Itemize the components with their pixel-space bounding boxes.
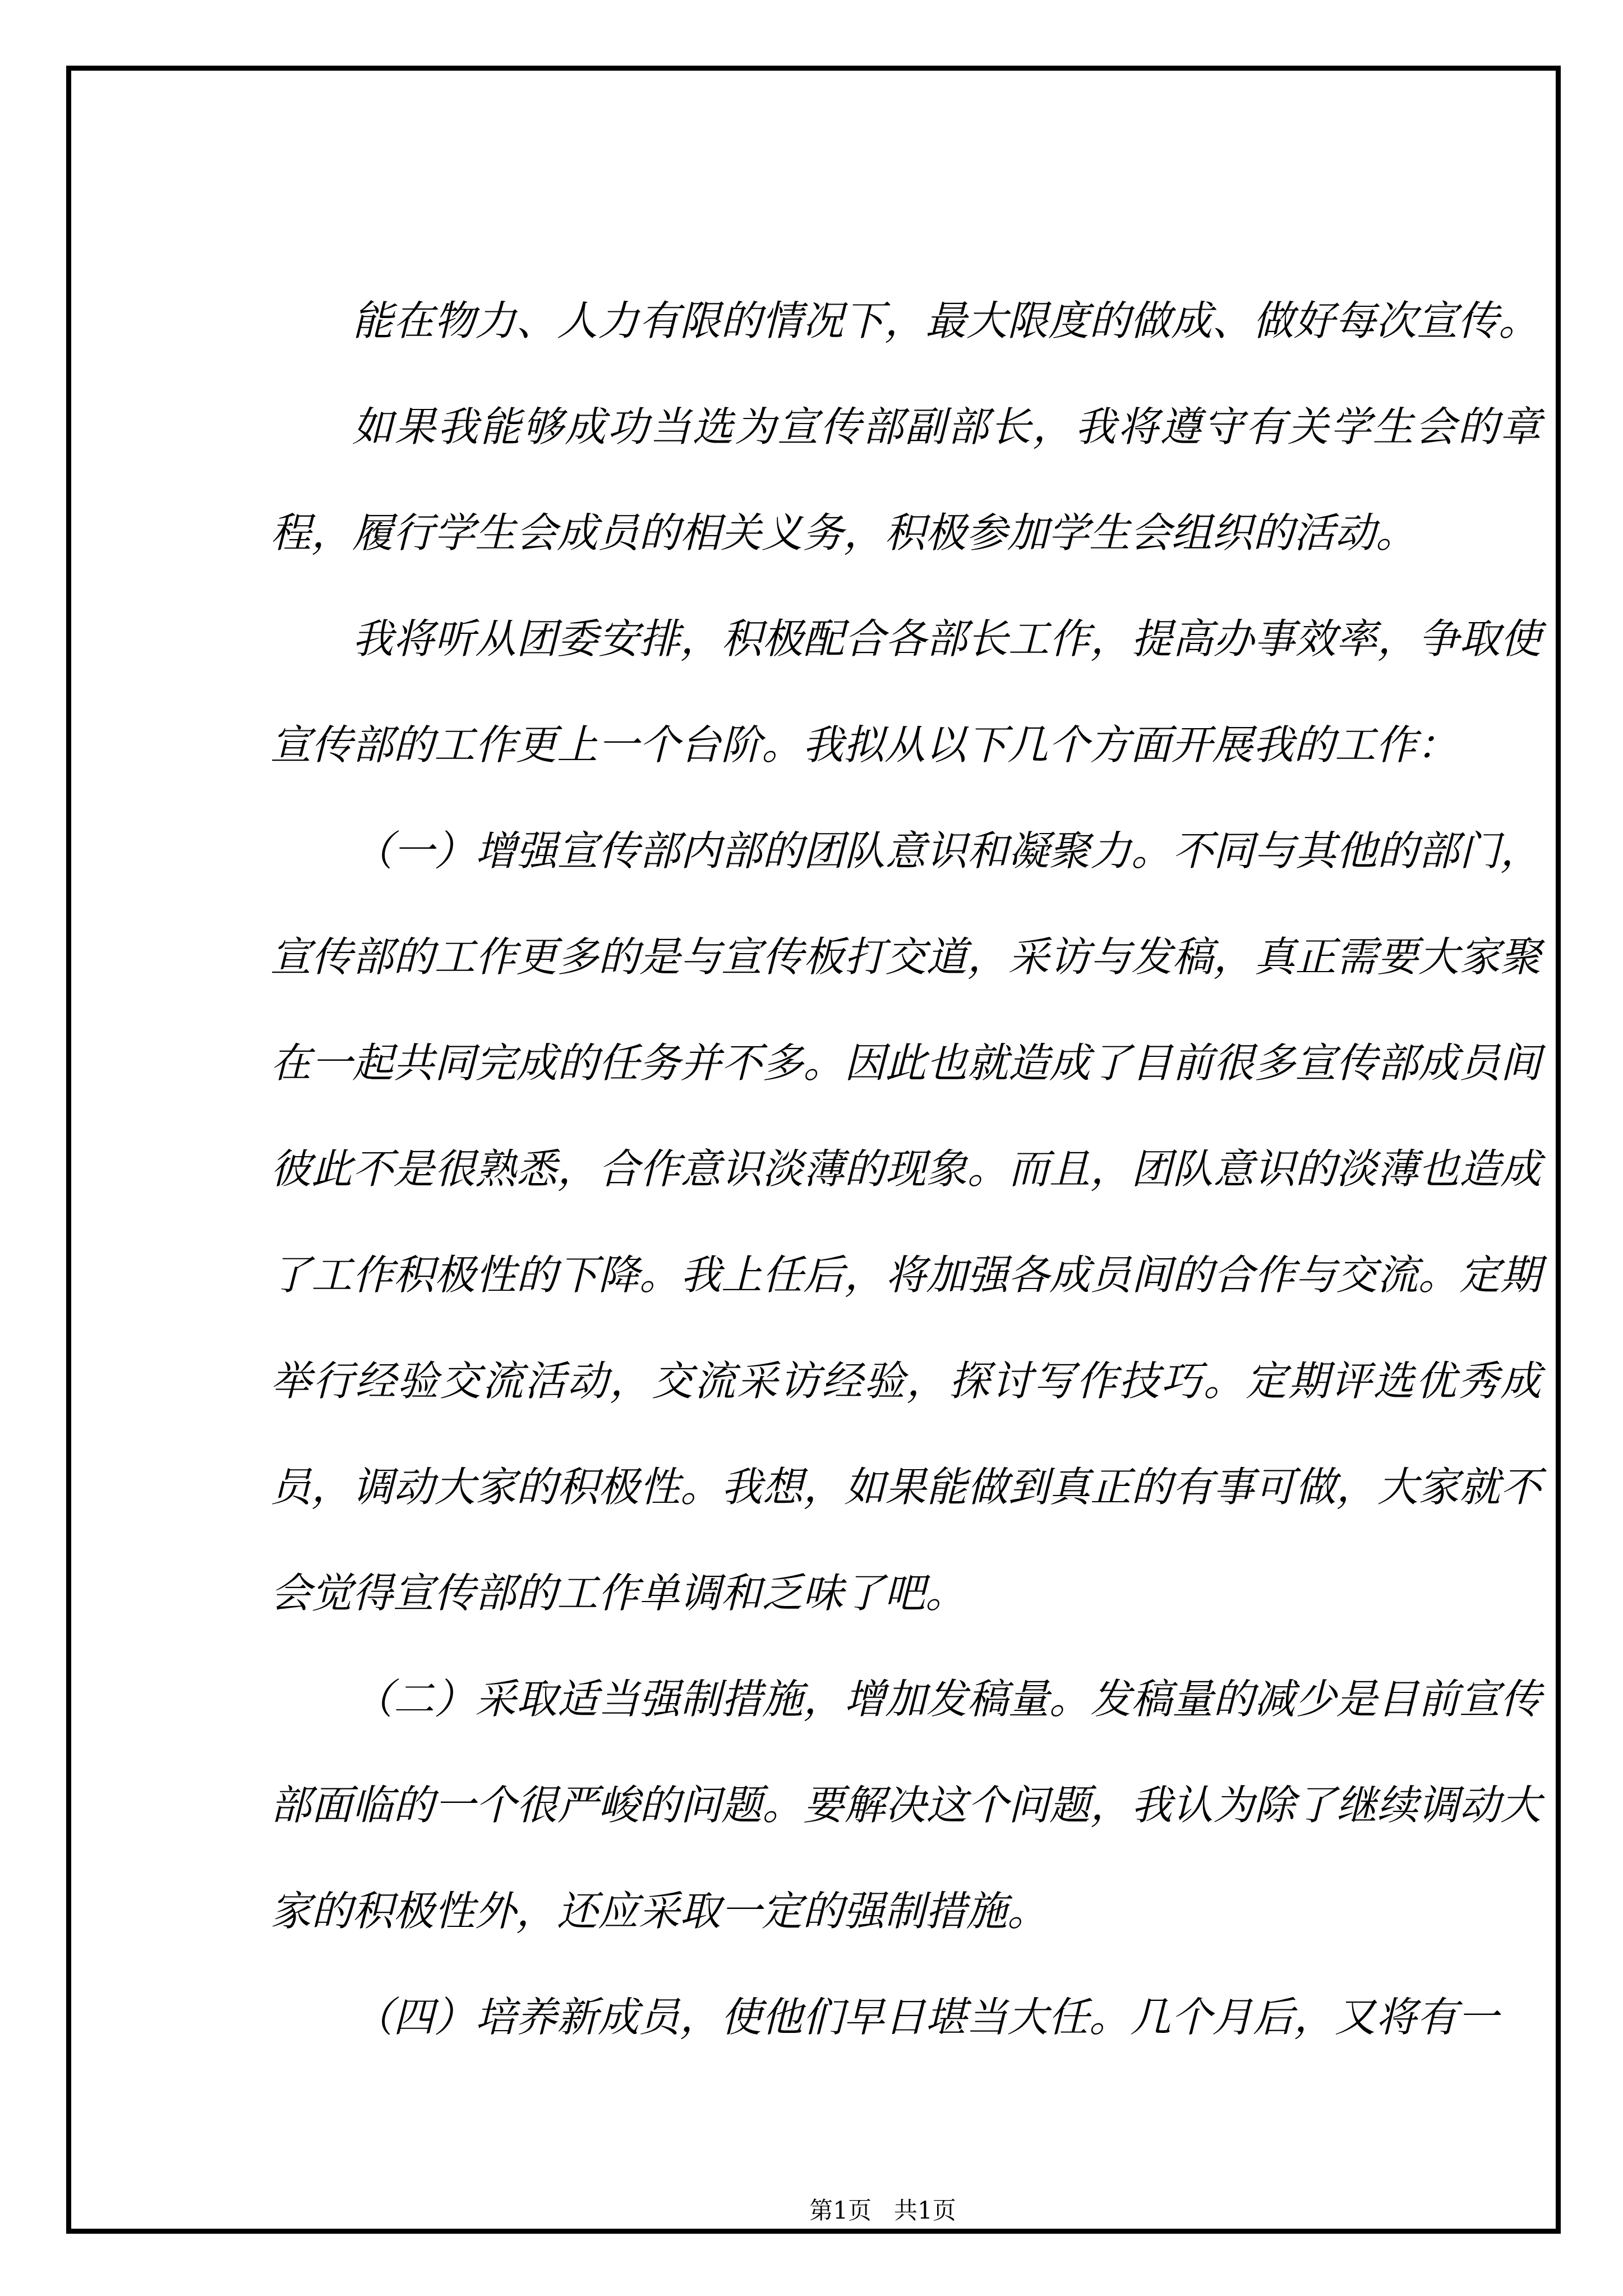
paragraph: （四）培养新成员，使他们早日堪当大任。几个月后，又将有一 — [270, 1964, 1541, 2070]
paragraph: 如果我能够成功当选为宣传部副部长，我将遵守有关学生会的章程，履行学生会成员的相关… — [270, 374, 1541, 586]
page-number-label: 第1页 — [809, 2197, 872, 2224]
paragraph: （二）采取适当强制措施，增加发稿量。发稿量的减少是目前宣传部面临的一个很严峻的问… — [270, 1646, 1541, 1964]
document-page: 能在物力、人力有限的情况下，最大限度的做成、做好每次宣传。 如果我能够成功当选为… — [0, 0, 1623, 2296]
page-border-frame: 能在物力、人力有限的情况下，最大限度的做成、做好每次宣传。 如果我能够成功当选为… — [66, 66, 1561, 2234]
page-footer: 第1页共1页 — [71, 2197, 1623, 2225]
paragraph: 我将听从团委安排，积极配合各部长工作，提高办事效率，争取使宣传部的工作更上一个台… — [270, 586, 1541, 798]
paragraph: 能在物力、人力有限的情况下，最大限度的做成、做好每次宣传。 — [270, 268, 1541, 374]
paragraph: （一）增强宣传部内部的团队意识和凝聚力。不同与其他的部门，宣传部的工作更多的是与… — [270, 798, 1541, 1646]
page-total-label: 共1页 — [894, 2197, 956, 2224]
document-body: 能在物力、人力有限的情况下，最大限度的做成、做好每次宣传。 如果我能够成功当选为… — [270, 268, 1541, 2070]
